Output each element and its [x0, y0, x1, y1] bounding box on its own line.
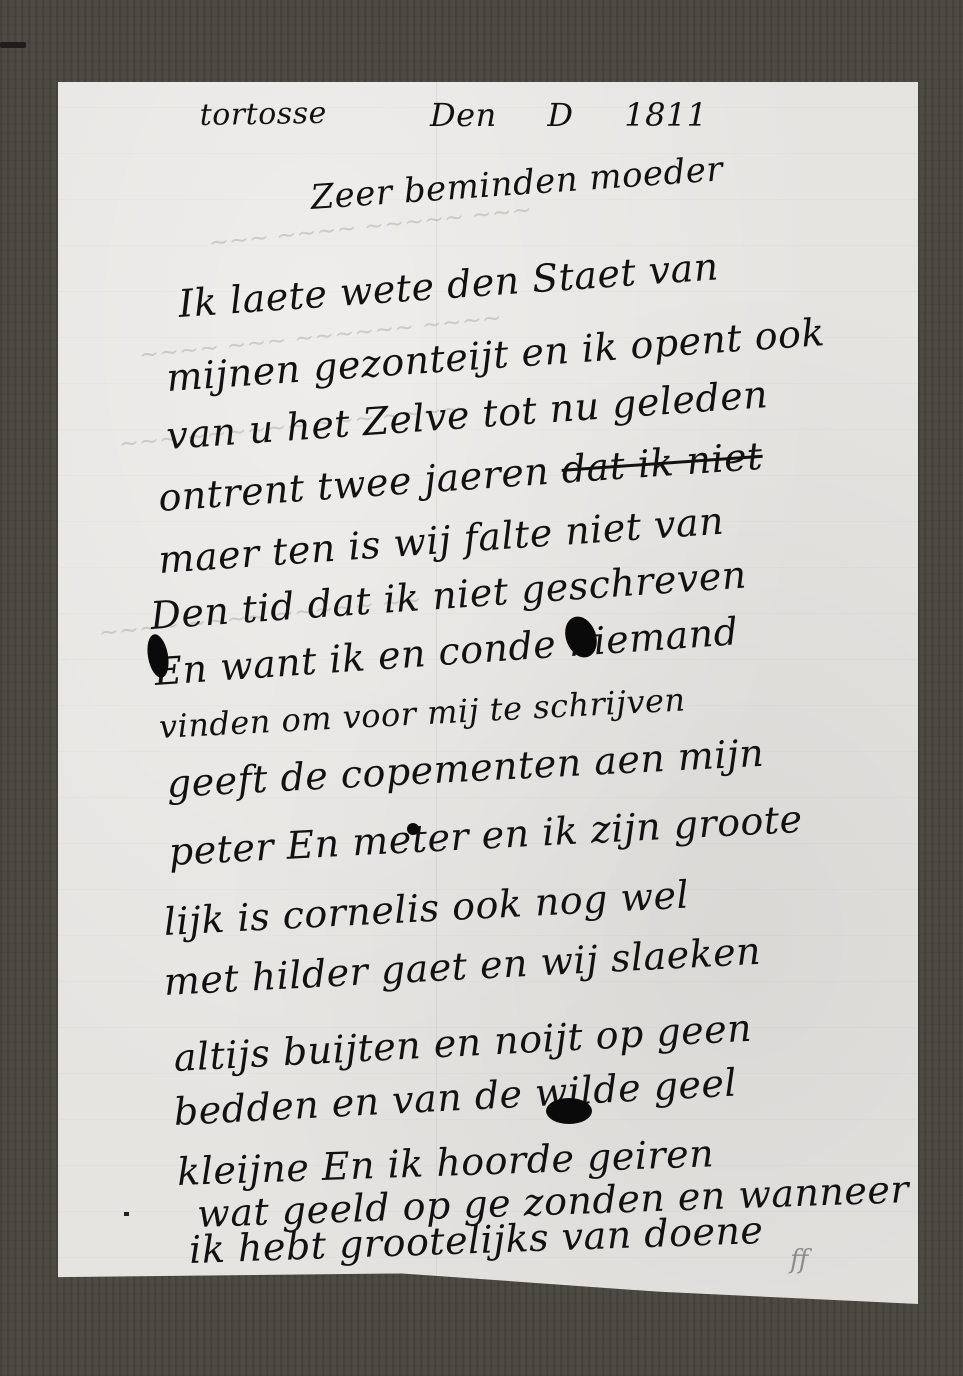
letter-place: tortosse	[199, 96, 327, 133]
date-year: 1811	[624, 96, 707, 134]
background-ink-mark	[0, 42, 26, 48]
date-prefix: Den	[430, 96, 497, 134]
ink-blot	[546, 1098, 592, 1124]
ink-blot	[407, 823, 419, 835]
date-day: D	[547, 96, 573, 134]
letter-date: Den D 1811	[430, 96, 748, 134]
margin-dash	[124, 1212, 129, 1216]
margin-mark: ff	[790, 1245, 808, 1275]
